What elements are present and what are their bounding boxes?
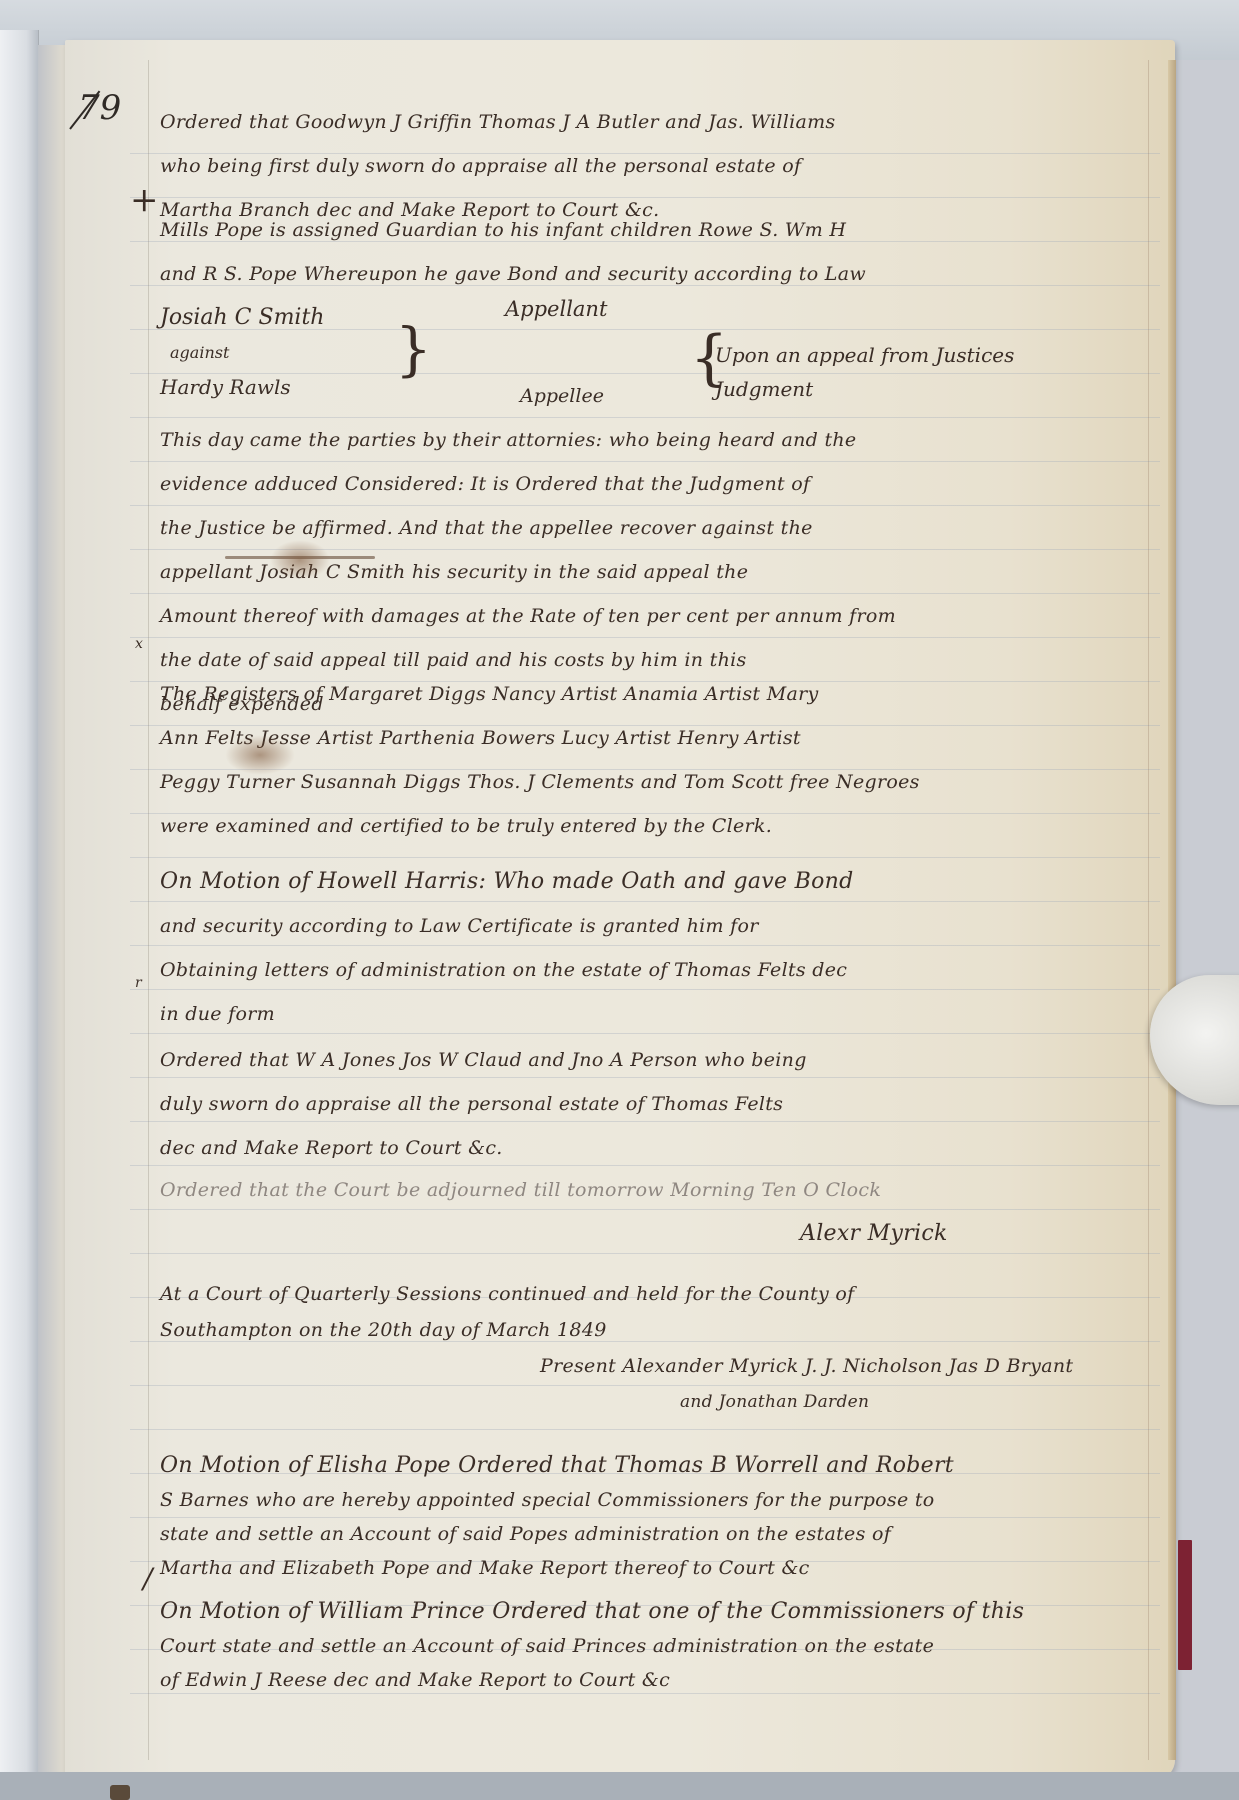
entry-registers-free-negroes: The Registers of Margaret Diggs Nancy Ar…	[160, 672, 1180, 848]
case-caption-smith-v-rawls: Josiah C Smith against Hardy Rawls } App…	[160, 305, 1060, 415]
entry-line: This day came the parties by their attor…	[160, 418, 1180, 462]
entry-line: in due form	[160, 992, 1180, 1036]
nature-of-case-line-2: Judgment	[715, 377, 813, 401]
clerk-signature: Alexr Myrick	[160, 1212, 1180, 1256]
entry-motion-william-prince: On Motion of William Prince Ordered that…	[160, 1590, 1180, 1702]
caption-brace: }	[395, 315, 432, 383]
versus-label: against	[170, 343, 229, 362]
entry-line: and security according to Law Certificat…	[160, 904, 1180, 948]
margin-stroke-mark: /	[143, 1562, 152, 1595]
entry-line: Mills Pope is assigned Guardian to his i…	[160, 208, 1180, 252]
entry-session-heading: At a Court of Quarterly Sessions continu…	[160, 1272, 1180, 1424]
appellee-name: Hardy Rawls	[160, 375, 291, 399]
entry-line: duly sworn do appraise all the personal …	[160, 1082, 1180, 1126]
entry-line: The Registers of Margaret Diggs Nancy Ar…	[160, 672, 1180, 716]
entry-line: Ordered that Goodwyn J Griffin Thomas J …	[160, 100, 1180, 144]
entry-line: On Motion of Howell Harris: Who made Oat…	[160, 860, 1180, 904]
entry-motion-elisha-pope: On Motion of Elisha Pope Ordered that Th…	[160, 1444, 1180, 1590]
entry-line: Ann Felts Jesse Artist Parthenia Bowers …	[160, 716, 1180, 760]
nature-of-case-line-1: Upon an appeal from Justices	[715, 343, 1014, 367]
entry-line: Ordered that the Court be adjourned till…	[160, 1168, 1180, 1212]
entry-line: of Edwin J Reese dec and Make Report to …	[160, 1658, 1180, 1702]
entry-line: dec and Make Report to Court &c.	[160, 1126, 1180, 1170]
red-binding-tab	[1178, 1540, 1192, 1670]
paper-stain	[225, 735, 295, 775]
entry-line: evidence adduced Considered: It is Order…	[160, 462, 1180, 506]
margin-small-mark: r	[135, 975, 142, 991]
left-margin-rule	[148, 60, 149, 1760]
entry-line: Ordered that W A Jones Jos W Claud and J…	[160, 1038, 1180, 1082]
entry-line: who being first duly sworn do appraise a…	[160, 144, 1180, 188]
entry-adjournment: Ordered that the Court be adjourned till…	[160, 1168, 1180, 1256]
entry-line: were examined and certified to be truly …	[160, 804, 1180, 848]
appellant-label: Appellant	[505, 297, 607, 321]
photographed-ledger-scene: 79 Ordered that Goodwyn J Griffin Thomas…	[0, 0, 1239, 1800]
entry-guardian-pope: Mills Pope is assigned Guardian to his i…	[160, 208, 1180, 296]
ink-stain	[270, 540, 330, 580]
table-surface	[0, 1772, 1239, 1800]
margin-cross-mark: +	[130, 180, 159, 220]
entry-motion-harris: On Motion of Howell Harris: Who made Oat…	[160, 860, 1180, 1036]
entry-line: Obtaining letters of administration on t…	[160, 948, 1180, 992]
appellee-label: Appellee	[520, 385, 604, 407]
entry-line: and R S. Pope Whereupon he gave Bond and…	[160, 252, 1180, 296]
appellant-name: Josiah C Smith	[160, 305, 324, 330]
entry-line: Amount thereof with damages at the Rate …	[160, 594, 1180, 638]
entry-line: Peggy Turner Susannah Diggs Thos. J Clem…	[160, 760, 1180, 804]
page-clip	[110, 1785, 130, 1800]
facing-page-edge	[0, 30, 39, 1800]
entry-order-appraisers-felts: Ordered that W A Jones Jos W Claud and J…	[160, 1038, 1180, 1170]
margin-small-mark: x	[135, 636, 143, 652]
entry-line: Martha and Elizabeth Pope and Make Repor…	[160, 1546, 1180, 1590]
